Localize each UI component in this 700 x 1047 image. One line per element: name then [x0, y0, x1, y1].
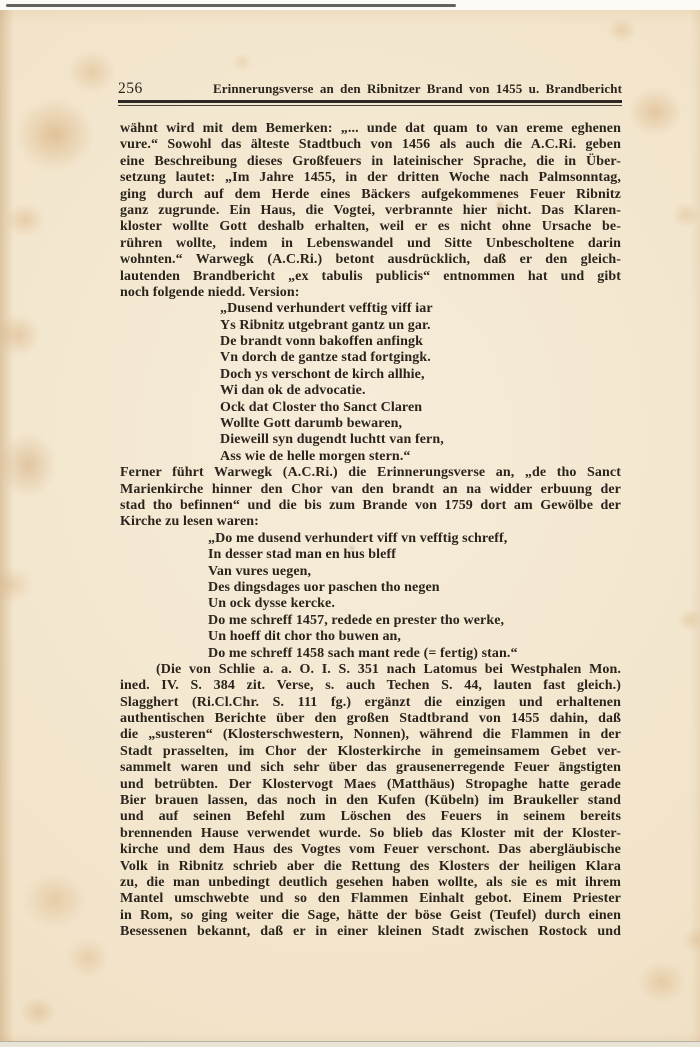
scan-top-edge [0, 0, 700, 10]
verse-line: De brandt vonn bakoffen anfingk [120, 334, 621, 350]
page-number: 256 [118, 80, 143, 98]
header-rule-thin [118, 105, 622, 106]
verse-line: „Do me dusend verhundert viff vn vefftig… [120, 531, 621, 547]
text-line: ging durch auf dem Herde eines Bäckers a… [120, 187, 621, 203]
text-line: Slagghert (Ri.Cl.Chr. S. 111 fg.) ergänz… [120, 695, 621, 711]
text-line: brennenden Hause verwendet wurde. So bli… [120, 826, 621, 842]
scan-bottom-edge [0, 1041, 700, 1047]
text-line: die „susteren“ (Klosterschwestern, Nonne… [120, 727, 621, 743]
verse-line: Ock dat Closter tho Sanct Claren [120, 400, 621, 416]
scan-edge-line [6, 4, 456, 7]
header-rule [118, 100, 622, 106]
text-line: Kirche zu lesen waren: [120, 514, 621, 530]
text-line: rühren wollte, indem in Lebenswandel und… [120, 236, 621, 252]
verse-line: Ys Ribnitz utgebrant gantz un gar. [120, 318, 621, 334]
text-line: Besessenen bekannt, daß er in einer klei… [120, 924, 621, 940]
text-line: (Die von Schlie a. a. O. I. S. 351 nach … [120, 662, 621, 678]
text-line: Bier brauen lassen, das noch in den Kufe… [120, 793, 621, 809]
text-line: Ferner führt Warwegk (A.C.Ri.) die Erinn… [120, 465, 621, 481]
text-line: Mantel umschwebte und so den Flammen Ein… [120, 891, 621, 907]
verse-line: Wollte Gott darumb bewaren, [120, 416, 621, 432]
text-line: sammelt waren und sich sehr über das gra… [120, 760, 621, 776]
text-line: Stadt prasselten, im Chor der Klosterkir… [120, 744, 621, 760]
verse-line: Doch ys verschont de kirch allhie, [120, 367, 621, 383]
verse-line: Wi dan ok de advocatie. [120, 383, 621, 399]
text-line: wohnten.“ Warwegk (A.C.Ri.) betont ausdr… [120, 252, 621, 268]
text-line: in Rom, so ging weiter die Sage, hätte d… [120, 908, 621, 924]
text-line: kirche und dem Haus des Vogtes vom Feuer… [120, 842, 621, 858]
text-line: eine Beschreibung dieses Großfeuers in l… [120, 154, 621, 170]
text-line: ined. IV. S. 384 zit. Verse, s. auch Tec… [120, 678, 621, 694]
verse-line: Do me schreff 1458 sach mant rede (= fer… [120, 646, 621, 662]
book-page: 256 Erinnerungsverse an den Ribnitzer Br… [0, 0, 700, 1047]
verse-line: Des dingsdages uor paschen tho negen [120, 580, 621, 596]
verse-line: Van vures uegen, [120, 564, 621, 580]
verse-line: Vn dorch de gantze stad fortgingk. [120, 350, 621, 366]
text-line: zu, die man unbedingt deutlich gesehen h… [120, 875, 621, 891]
verse-line: Ass wie de helle morgen stern.“ [120, 449, 621, 465]
text-line: authentischen Berichte über den großen S… [120, 711, 621, 727]
text-line: stad tho befinnen“ und die bis zum Brand… [120, 498, 621, 514]
verse-line: Un ock dysse kercke. [120, 596, 621, 612]
text-line: kloster wollte Gott deshalb erhalten, we… [120, 219, 621, 235]
text-line: und auf seinen Befehl zum Löschen des Fe… [120, 809, 621, 825]
page-body: wähnt wird mit dem Bemerken: „... unde d… [120, 121, 621, 941]
verse-line: „Dusend verhundert vefftig viff iar [120, 301, 621, 317]
text-line: ganz zugrunde. Ein Haus, die Vogtei, ver… [120, 203, 621, 219]
text-line: und betrübten. Der Klostervogt Maes (Mat… [120, 777, 621, 793]
verse-line: In desser stad man en hus bleff [120, 547, 621, 563]
header-rule-thick [118, 100, 622, 103]
text-line: setzung lautet: „Im Jahre 1455, in der d… [120, 170, 621, 186]
running-header: Erinnerungsverse an den Ribnitzer Brand … [213, 81, 622, 97]
verse-line: Un hoeff dit chor tho buwen an, [120, 629, 621, 645]
text-line: noch folgende niedd. Version: [120, 285, 621, 301]
text-line: vure.“ Sowohl das älteste Stadtbuch von … [120, 137, 621, 153]
text-line: wähnt wird mit dem Bemerken: „... unde d… [120, 121, 621, 137]
running-head-row: 256 Erinnerungsverse an den Ribnitzer Br… [118, 80, 622, 98]
text-line: Volk in Ribnitz schrieb aber die Rettung… [120, 859, 621, 875]
verse-line: Dieweill syn dugendt luchtt van fern, [120, 432, 621, 448]
text-line: Marienkirche hinner den Chor van den bra… [120, 482, 621, 498]
verse-line: Do me schreff 1457, redede en prester th… [120, 613, 621, 629]
text-line: lautenden Brandbericht „ex tabulis publi… [120, 269, 621, 285]
